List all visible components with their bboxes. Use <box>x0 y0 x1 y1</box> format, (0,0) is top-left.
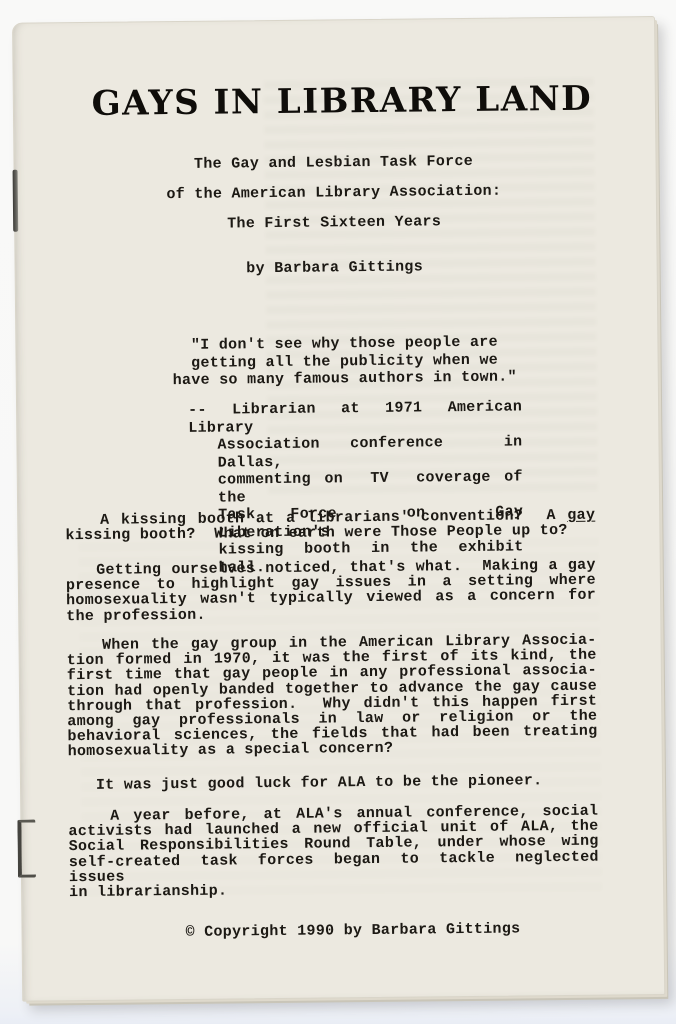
booklet-page: GAYS IN LIBRARY LAND The Gay and Lesbian… <box>12 16 665 1002</box>
paragraph-1: A kissing booth at a librarians' convent… <box>65 508 595 544</box>
text-line: Association conference in Dallas, <box>217 433 522 471</box>
copyright-notice: © Copyright 1990 by Barbara Gittings <box>185 921 520 941</box>
text-line: of the American Library Association: <box>69 183 599 204</box>
paragraph-3: When the gay group in the American Libra… <box>66 633 597 760</box>
subtitle: The Gay and Lesbian Task Forceof the Ame… <box>68 153 599 234</box>
text-line: The First Sixteen Years <box>69 213 599 234</box>
paragraph-5: A year before, at ALA's annual conferenc… <box>68 804 599 901</box>
staple-bottom <box>17 820 36 878</box>
underlined-word-gay: gay <box>567 507 595 524</box>
text-line: commenting on TV coverage of the <box>218 468 523 506</box>
paragraph-2: Getting ourselves noticed, that's what. … <box>66 558 597 624</box>
pull-quote: "I don't see why those people aregetting… <box>79 332 610 390</box>
text-line: It was just good luck for ALA to be the … <box>68 773 598 794</box>
staple-top <box>13 170 19 232</box>
quote-attribution: -- Librarian at 1971 American LibraryAss… <box>188 398 524 576</box>
text-line: The Gay and Lesbian Task Force <box>68 153 598 174</box>
byline: by Barbara Gittings <box>70 258 600 279</box>
page-title: GAYS IN LIBRARY LAND <box>77 80 607 124</box>
text-line: in librarianship. <box>69 880 599 901</box>
paragraph-4: It was just good luck for ALA to be the … <box>68 773 598 794</box>
text-line: homosexuality as a special concern? <box>68 739 598 760</box>
text-line: -- Librarian at 1971 American Library <box>188 398 522 436</box>
